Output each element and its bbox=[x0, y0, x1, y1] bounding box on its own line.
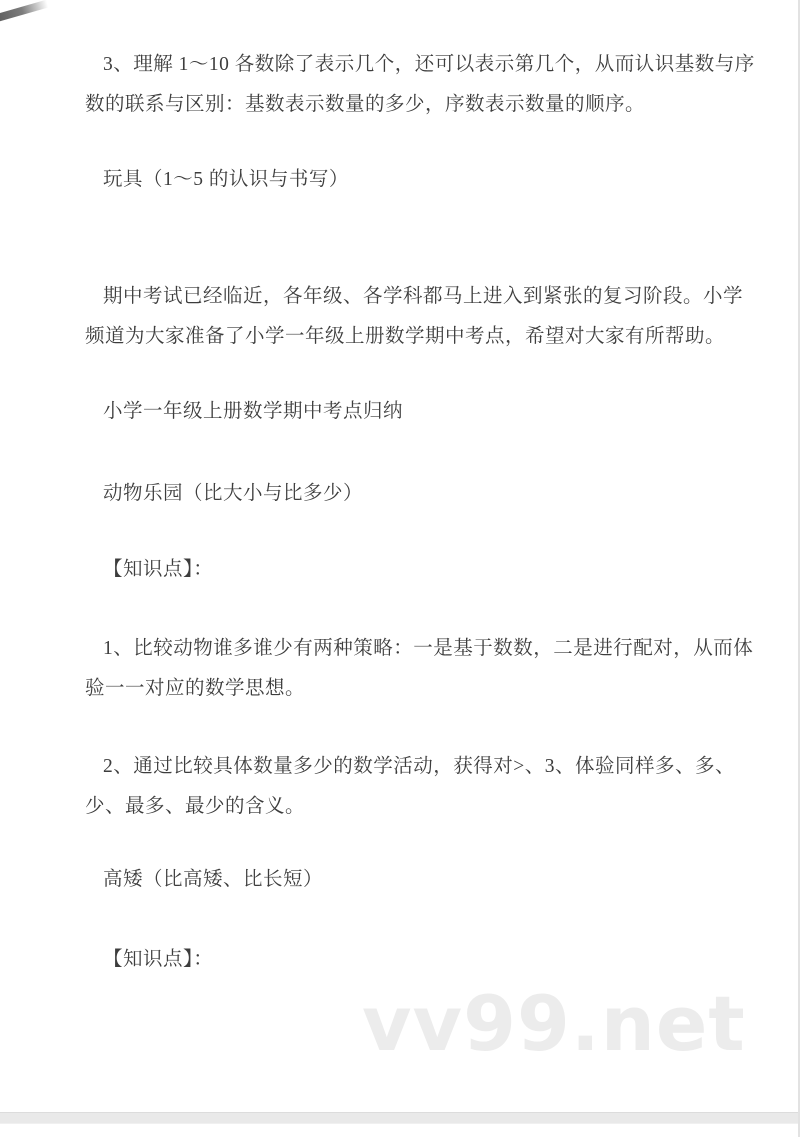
text-line: 高矮（比高矮、比长短） bbox=[85, 860, 735, 900]
text-line: 1、比较动物谁多谁少有两种策略：一是基于数数，二是进行配对，从而体 bbox=[85, 629, 735, 669]
text-line: 动物乐园（比大小与比多少） bbox=[85, 474, 735, 514]
text-line: 【知识点】： bbox=[85, 550, 735, 590]
text-line: 验一一对应的数学思想。 bbox=[85, 669, 735, 709]
text-line: 数的联系与区别：基数表示数量的多少，序数表示数量的顺序。 bbox=[85, 85, 735, 125]
text-line: 玩具（1～5 的认识与书写） bbox=[85, 160, 735, 200]
paragraph-point-3: 3、理解 1～10 各数除了表示几个，还可以表示第几个，从而认识基数与序数的联系… bbox=[85, 45, 735, 125]
paragraph-intro: 期中考试已经临近，各年级、各学科都马上进入到紧张的复习阶段。小学频道为大家准备了… bbox=[85, 277, 735, 357]
paragraph-point-1: 1、比较动物谁多谁少有两种策略：一是基于数数，二是进行配对，从而体验一一对应的数… bbox=[85, 629, 735, 709]
watermark: vv99.net bbox=[362, 984, 746, 1064]
paragraph-knowledge-points-1: 【知识点】： bbox=[85, 550, 735, 590]
page-corner-mark bbox=[0, 0, 52, 25]
text-line: 频道为大家准备了小学一年级上册数学期中考点，希望对大家有所帮助。 bbox=[85, 317, 735, 357]
document-page: 3、理解 1～10 各数除了表示几个，还可以表示第几个，从而认识基数与序数的联系… bbox=[0, 0, 800, 1112]
next-page-top bbox=[0, 1124, 800, 1137]
paragraph-section-height: 高矮（比高矮、比长短） bbox=[85, 860, 735, 900]
text-line: 3、理解 1～10 各数除了表示几个，还可以表示第几个，从而认识基数与序 bbox=[85, 45, 735, 85]
text-line: 2、通过比较具体数量多少的数学活动，获得对>、3、体验同样多、多、 bbox=[85, 747, 735, 787]
text-line: 期中考试已经临近，各年级、各学科都马上进入到紧张的复习阶段。小学 bbox=[85, 277, 735, 317]
text-line: 小学一年级上册数学期中考点归纳 bbox=[85, 392, 735, 432]
text-line: 少、最多、最少的含义。 bbox=[85, 787, 735, 827]
paragraph-knowledge-points-2: 【知识点】： bbox=[85, 940, 735, 980]
text-line: 【知识点】： bbox=[85, 940, 735, 980]
paragraph-section-toys: 玩具（1～5 的认识与书写） bbox=[85, 160, 735, 200]
paragraph-section-animal-park: 动物乐园（比大小与比多少） bbox=[85, 474, 735, 514]
page-separator bbox=[0, 1112, 800, 1124]
paragraph-title: 小学一年级上册数学期中考点归纳 bbox=[85, 392, 735, 432]
paragraph-point-2: 2、通过比较具体数量多少的数学活动，获得对>、3、体验同样多、多、少、最多、最少… bbox=[85, 747, 735, 827]
document-viewport: 3、理解 1～10 各数除了表示几个，还可以表示第几个，从而认识基数与序数的联系… bbox=[0, 0, 800, 1137]
